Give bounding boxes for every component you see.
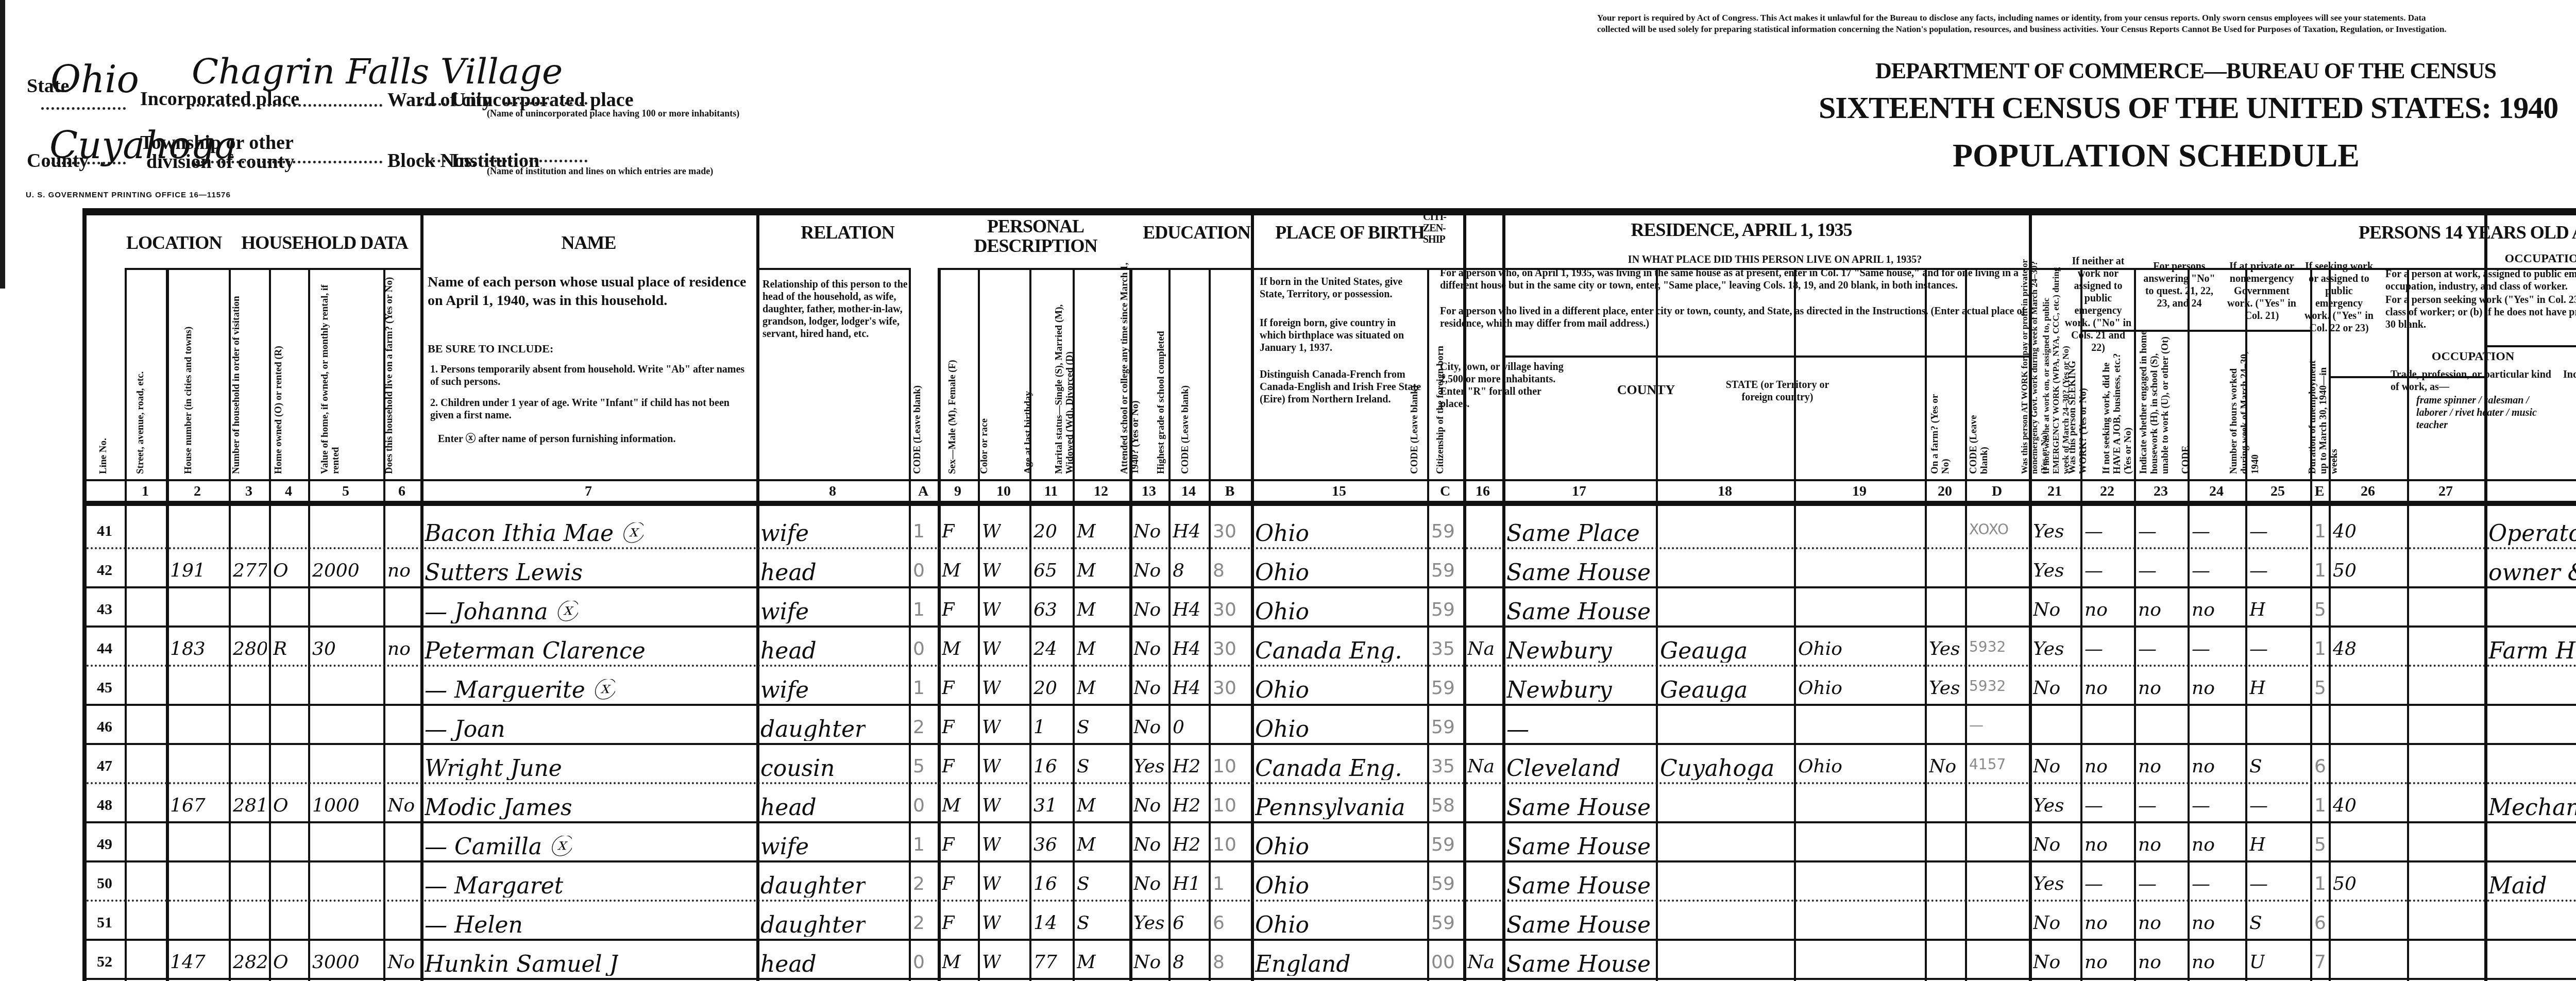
cell-name[interactable]: — Helen	[425, 914, 523, 937]
cell-res-state[interactable]: Ohio	[1798, 679, 1842, 698]
cell-sex[interactable]: M	[942, 640, 961, 658]
cell-grade[interactable]: 0	[1173, 718, 1184, 737]
cell-birthplace[interactable]: Ohio	[1255, 718, 1309, 741]
cell-age[interactable]: 36	[1033, 836, 1057, 854]
cell-occupation[interactable]: Operator	[2488, 522, 2576, 545]
cell-c25[interactable]: —	[2249, 640, 2268, 658]
cell-code-b[interactable]: 30	[1213, 522, 1236, 541]
cell-color[interactable]: W	[982, 836, 1001, 854]
cell-res-city[interactable]: Newbury	[1506, 640, 1612, 663]
cell-code-c[interactable]: 59	[1431, 562, 1455, 580]
vh-col-26: Number of hours worked during week of Ma…	[2228, 350, 2261, 474]
cell-house-no[interactable]: 147	[170, 953, 206, 972]
cell-c24[interactable]: —	[2192, 562, 2210, 580]
line-number: 48	[87, 797, 123, 814]
cell-code-e[interactable]: 7	[2314, 953, 2326, 972]
cell-c26[interactable]: 48	[2333, 640, 2357, 658]
cell-occupation[interactable]: Farm Hand	[2488, 640, 2576, 663]
cell-color[interactable]: W	[982, 914, 1001, 933]
cell-citizenship[interactable]: Na	[1467, 953, 1495, 972]
cell-occupation[interactable]: Maid	[2488, 875, 2547, 898]
cell-grade[interactable]: H2	[1173, 836, 1200, 854]
cell-code-b[interactable]: 30	[1213, 640, 1236, 658]
cell-c23[interactable]: —	[2138, 562, 2157, 580]
column-divider	[1251, 215, 1254, 981]
cell-color[interactable]: W	[982, 875, 1001, 893]
cell-res-county[interactable]: Geauga	[1660, 640, 1748, 663]
group-relation: RELATION	[760, 222, 935, 243]
cell-code-a[interactable]: 0	[913, 640, 925, 658]
cell-c23[interactable]: —	[2138, 875, 2157, 893]
cell-c25[interactable]: —	[2249, 875, 2268, 893]
cell-name[interactable]: — Marguerite ⓧ	[425, 679, 615, 702]
cell-sex[interactable]: F	[942, 875, 955, 893]
cell-c24[interactable]: no	[2192, 953, 2215, 972]
cell-c22[interactable]: no	[2084, 757, 2108, 776]
cell-res-city[interactable]: Same House	[1506, 836, 1651, 858]
cell-c21[interactable]: No	[2033, 601, 2060, 619]
cell-code-d[interactable]: 4157	[1969, 757, 2006, 772]
column-divider	[1925, 268, 1927, 981]
cell-on-farm[interactable]: Yes	[1929, 679, 1960, 698]
cell-res-city[interactable]: Cleveland	[1506, 757, 1620, 780]
cell-age[interactable]: 14	[1033, 914, 1057, 933]
cell-school[interactable]: Yes	[1133, 914, 1164, 933]
cell-color[interactable]: W	[982, 601, 1001, 619]
cell-value[interactable]: 30	[312, 640, 336, 658]
cell-code-b[interactable]: 10	[1213, 797, 1236, 815]
cell-grade[interactable]: H4	[1173, 640, 1200, 658]
cell-code-a[interactable]: 1	[913, 522, 925, 541]
cell-occupation[interactable]: owner & operator	[2488, 562, 2576, 584]
cell-res-city[interactable]: Same House	[1506, 914, 1651, 937]
cell-code-c[interactable]: 59	[1431, 875, 1455, 893]
cell-relation[interactable]: wife	[760, 601, 809, 623]
cell-code-a[interactable]: 2	[913, 875, 925, 893]
cell-household[interactable]: 281	[233, 797, 267, 815]
cell-c22[interactable]: —	[2084, 797, 2103, 815]
cell-code-e[interactable]: 1	[2314, 797, 2326, 815]
cell-code-a[interactable]: 0	[913, 797, 925, 815]
column-number: 15	[1251, 483, 1427, 504]
cell-c23[interactable]: no	[2138, 914, 2161, 933]
cell-code-e[interactable]: 5	[2314, 836, 2326, 854]
cell-res-city[interactable]: Same House	[1506, 562, 1651, 584]
cell-res-city[interactable]: Newbury	[1506, 679, 1612, 702]
cell-c25[interactable]: —	[2249, 522, 2268, 541]
cell-marital[interactable]: M	[1077, 797, 1096, 815]
cell-c25[interactable]: —	[2249, 562, 2268, 580]
column-number: 26	[2329, 483, 2407, 504]
schedule-title: POPULATION SCHEDULE	[1953, 137, 2360, 175]
cell-grade[interactable]: 8	[1173, 953, 1184, 972]
cell-relation[interactable]: head	[760, 562, 817, 584]
cell-birthplace[interactable]: Pennsylvania	[1255, 797, 1405, 819]
cell-marital[interactable]: S	[1077, 875, 1090, 893]
cell-age[interactable]: 63	[1033, 601, 1057, 619]
cell-marital[interactable]: M	[1077, 836, 1096, 854]
cell-relation[interactable]: daughter	[760, 718, 866, 741]
cell-code-b[interactable]: 8	[1213, 562, 1225, 580]
cell-code-a[interactable]: 1	[913, 836, 925, 854]
cell-sex[interactable]: F	[942, 601, 955, 619]
cell-res-city[interactable]: Same House	[1506, 601, 1651, 623]
cell-sex[interactable]: M	[942, 953, 961, 972]
cell-res-county[interactable]: Geauga	[1660, 679, 1748, 702]
cell-res-city[interactable]: Same Place	[1506, 522, 1640, 545]
cell-code-b[interactable]: 6	[1213, 914, 1225, 933]
cell-household[interactable]: 280	[233, 640, 267, 658]
cell-code-b[interactable]: 30	[1213, 601, 1236, 619]
cell-c23[interactable]: —	[2138, 797, 2157, 815]
cell-code-a[interactable]: 1	[913, 601, 925, 619]
cell-color[interactable]: W	[982, 953, 1001, 972]
cell-code-c[interactable]: 00	[1431, 953, 1455, 972]
cell-name[interactable]: — Camilla ⓧ	[425, 836, 572, 858]
cell-code-e[interactable]: 1	[2314, 875, 2326, 893]
cell-sex[interactable]: F	[942, 718, 955, 737]
cell-code-b[interactable]: 30	[1213, 679, 1236, 698]
cell-relation[interactable]: wife	[760, 679, 809, 702]
cell-age[interactable]: 20	[1033, 679, 1057, 698]
cell-marital[interactable]: M	[1077, 679, 1096, 698]
cell-grade[interactable]: 6	[1173, 914, 1184, 933]
cell-c22[interactable]: no	[2084, 679, 2108, 698]
cell-res-city[interactable]: Same House	[1506, 875, 1651, 898]
cell-c26[interactable]: 50	[2333, 562, 2357, 580]
column-divider	[1502, 215, 1505, 981]
cell-birthplace[interactable]: England	[1255, 953, 1350, 976]
cell-sex[interactable]: F	[942, 914, 955, 933]
cell-c24[interactable]: no	[2192, 914, 2215, 933]
res-city-instruction: City, town, or village having 2,500 or m…	[1440, 361, 1571, 410]
cell-code-c[interactable]: 59	[1431, 914, 1455, 933]
cell-c23[interactable]: no	[2138, 601, 2161, 619]
column-number: 21	[2029, 483, 2080, 504]
cell-code-c[interactable]: 35	[1431, 640, 1455, 658]
cell-c24[interactable]: no	[2192, 601, 2215, 619]
cell-relation[interactable]: head	[760, 797, 817, 819]
cell-sex[interactable]: F	[942, 757, 955, 776]
cell-age[interactable]: 24	[1033, 640, 1057, 658]
cell-house-no[interactable]: 167	[170, 797, 206, 815]
cell-occupation[interactable]: Mechanic	[2488, 797, 2576, 819]
cell-c24[interactable]: —	[2192, 875, 2210, 893]
column-number: 5	[308, 483, 383, 504]
cell-farm[interactable]: no	[387, 640, 411, 658]
cell-owned[interactable]: O	[273, 797, 289, 815]
cell-c21[interactable]: No	[2033, 836, 2060, 854]
cell-c25[interactable]: S	[2249, 757, 2262, 776]
cell-household[interactable]: 282	[233, 953, 267, 972]
cell-value[interactable]: 3000	[312, 953, 360, 972]
cell-c24[interactable]: —	[2192, 522, 2210, 541]
cell-school[interactable]: No	[1133, 836, 1161, 854]
cell-code-d[interactable]: 5932	[1969, 640, 2006, 654]
cell-c21[interactable]: Yes	[2033, 640, 2064, 658]
cell-code-d[interactable]: —	[1969, 718, 1984, 733]
cell-c22[interactable]: no	[2084, 601, 2108, 619]
cell-relation[interactable]: daughter	[760, 875, 866, 898]
cell-relation[interactable]: head	[760, 640, 817, 663]
cell-birthplace[interactable]: Canada Eng.	[1255, 640, 1402, 663]
cell-age[interactable]: 20	[1033, 522, 1057, 541]
cell-school[interactable]: No	[1133, 522, 1161, 541]
cell-value[interactable]: 2000	[312, 562, 360, 580]
cell-c22[interactable]: no	[2084, 914, 2108, 933]
cell-school[interactable]: No	[1133, 679, 1161, 698]
cell-age[interactable]: 1	[1033, 718, 1045, 737]
cell-code-d[interactable]: XOXO	[1969, 522, 2009, 537]
cell-code-c[interactable]: 58	[1431, 797, 1455, 815]
cell-owned[interactable]: R	[273, 640, 287, 658]
cell-marital[interactable]: M	[1077, 522, 1096, 541]
cell-c25[interactable]: H	[2249, 601, 2265, 619]
cell-c24[interactable]: —	[2192, 797, 2210, 815]
cell-code-a[interactable]: 0	[913, 562, 925, 580]
cell-citizenship[interactable]: Na	[1467, 640, 1495, 658]
cell-c25[interactable]: U	[2249, 953, 2265, 972]
cell-c24[interactable]: no	[2192, 836, 2215, 854]
cell-code-e[interactable]: 6	[2314, 914, 2326, 933]
cell-age[interactable]: 31	[1033, 797, 1057, 815]
cell-c23[interactable]: no	[2138, 757, 2161, 776]
cell-household[interactable]: 277	[233, 562, 267, 580]
cell-color[interactable]: W	[982, 522, 1001, 541]
cell-c21[interactable]: Yes	[2033, 875, 2064, 893]
cell-marital[interactable]: M	[1077, 640, 1096, 658]
cell-birthplace[interactable]: Canada Eng.	[1255, 757, 1402, 780]
line-number: 45	[87, 679, 123, 697]
cell-c26[interactable]: 40	[2333, 522, 2357, 541]
cell-relation[interactable]: wife	[760, 836, 809, 858]
cell-school[interactable]: No	[1133, 953, 1161, 972]
cell-code-a[interactable]: 1	[913, 679, 925, 698]
cell-owned[interactable]: O	[273, 953, 289, 972]
cell-school[interactable]: No	[1133, 718, 1161, 737]
cell-c23[interactable]: —	[2138, 640, 2157, 658]
cell-marital[interactable]: S	[1077, 757, 1090, 776]
cell-marital[interactable]: S	[1077, 914, 1090, 933]
cell-grade[interactable]: H2	[1173, 757, 1200, 776]
cell-house-no[interactable]: 191	[170, 562, 206, 580]
cell-code-e[interactable]: 1	[2314, 522, 2326, 541]
cell-res-county[interactable]: Cuyahoga	[1660, 757, 1774, 780]
cell-grade[interactable]: 8	[1173, 562, 1184, 580]
cell-farm[interactable]: No	[387, 797, 415, 815]
cell-color[interactable]: W	[982, 797, 1001, 815]
cell-code-b[interactable]: 8	[1213, 953, 1225, 972]
cell-c22[interactable]: —	[2084, 522, 2103, 541]
cell-code-a[interactable]: 5	[913, 757, 925, 776]
block-line[interactable]	[416, 160, 446, 162]
cell-school[interactable]: No	[1133, 562, 1161, 580]
cell-c24[interactable]: no	[2192, 679, 2215, 698]
cell-code-b[interactable]: 10	[1213, 836, 1236, 854]
cell-school[interactable]: No	[1133, 875, 1161, 893]
vh-col-22: If not, was he at work on, or assigned t…	[2041, 247, 2071, 474]
line-number: 41	[87, 522, 123, 540]
cell-birthplace[interactable]: Ohio	[1255, 875, 1309, 898]
cell-name[interactable]: Modic James	[425, 797, 572, 819]
cell-sex[interactable]: F	[942, 836, 955, 854]
cell-grade[interactable]: H4	[1173, 601, 1200, 619]
residence-instruction-1: For a person who, on April 1, 1935, was …	[1440, 267, 2043, 292]
cell-c24[interactable]: no	[2192, 757, 2215, 776]
cell-c21[interactable]: No	[2033, 914, 2060, 933]
cell-c21[interactable]: Yes	[2033, 797, 2064, 815]
cell-house-no[interactable]: 183	[170, 640, 206, 658]
cell-res-state[interactable]: Ohio	[1798, 757, 1842, 776]
cell-res-city[interactable]: Same House	[1506, 797, 1651, 819]
cell-on-farm[interactable]: No	[1929, 757, 1956, 776]
cell-relation[interactable]: cousin	[760, 757, 835, 780]
cell-birthplace[interactable]: Ohio	[1255, 914, 1309, 937]
cell-marital[interactable]: M	[1077, 953, 1096, 972]
cell-birthplace[interactable]: Ohio	[1255, 679, 1309, 702]
cell-sex[interactable]: F	[942, 522, 955, 541]
printing-office: U. S. GOVERNMENT PRINTING OFFICE 16—1157…	[26, 191, 231, 199]
cell-color[interactable]: W	[982, 640, 1001, 658]
cell-code-c[interactable]: 59	[1431, 718, 1455, 737]
cell-code-c[interactable]: 35	[1431, 757, 1455, 776]
cell-name[interactable]: Sutters Lewis	[425, 562, 583, 584]
cell-c21[interactable]: No	[2033, 757, 2060, 776]
cell-code-a[interactable]: 0	[913, 953, 925, 972]
cell-relation[interactable]: wife	[760, 522, 809, 545]
vh-color: Color or race	[979, 299, 990, 474]
cell-c26[interactable]: 40	[2333, 797, 2357, 815]
cell-age[interactable]: 16	[1033, 757, 1057, 776]
cell-birthplace[interactable]: Ohio	[1255, 836, 1309, 858]
cell-code-e[interactable]: 1	[2314, 562, 2326, 580]
township-line[interactable]	[196, 161, 382, 163]
cell-birthplace[interactable]: Ohio	[1255, 601, 1309, 623]
cell-code-d[interactable]: 5932	[1969, 679, 2006, 694]
cell-age[interactable]: 16	[1033, 875, 1057, 893]
column-number: 20	[1925, 483, 1965, 504]
cell-code-a[interactable]: 2	[913, 718, 925, 737]
cell-c22[interactable]: —	[2084, 875, 2103, 893]
cell-grade[interactable]: H2	[1173, 797, 1200, 815]
column-divider	[938, 268, 941, 981]
cell-code-e[interactable]: 5	[2314, 601, 2326, 619]
state-value[interactable]: Ohio	[50, 58, 139, 101]
cell-school[interactable]: No	[1133, 797, 1161, 815]
cell-birthplace[interactable]: Ohio	[1255, 522, 1309, 545]
cell-code-c[interactable]: 59	[1431, 522, 1455, 541]
cell-c21[interactable]: Yes	[2033, 522, 2064, 541]
cell-code-c[interactable]: 59	[1431, 836, 1455, 854]
cell-code-a[interactable]: 2	[913, 914, 925, 933]
cell-on-farm[interactable]: Yes	[1929, 640, 1960, 658]
cell-c23[interactable]: no	[2138, 679, 2161, 698]
cell-c23[interactable]: —	[2138, 522, 2157, 541]
cell-owned[interactable]: O	[273, 562, 289, 580]
cell-marital[interactable]: S	[1077, 718, 1090, 737]
cell-c22[interactable]: no	[2084, 953, 2108, 972]
cell-code-e[interactable]: 1	[2314, 640, 2326, 658]
cell-grade[interactable]: H4	[1173, 679, 1200, 698]
cell-c26[interactable]: 50	[2333, 875, 2357, 893]
cell-code-e[interactable]: 5	[2314, 679, 2326, 698]
cell-res-city[interactable]: —	[1506, 718, 1529, 741]
cell-code-e[interactable]: 6	[2314, 757, 2326, 776]
cell-school[interactable]: No	[1133, 640, 1161, 658]
ward-line[interactable]	[420, 103, 446, 106]
cell-farm[interactable]: no	[387, 562, 411, 580]
cell-code-c[interactable]: 59	[1431, 679, 1455, 698]
cell-age[interactable]: 77	[1033, 953, 1057, 972]
cell-c25[interactable]: H	[2249, 679, 2265, 698]
cell-c21[interactable]: No	[2033, 679, 2060, 698]
cell-code-b[interactable]: 1	[1213, 875, 1225, 893]
cell-name[interactable]: — Johanna ⓧ	[425, 601, 578, 623]
cell-citizenship[interactable]: Na	[1467, 757, 1495, 776]
cell-name[interactable]: Hunkin Samuel J	[425, 953, 618, 976]
cell-c23[interactable]: no	[2138, 953, 2161, 972]
cell-c21[interactable]: Yes	[2033, 562, 2064, 580]
cell-code-c[interactable]: 59	[1431, 601, 1455, 619]
cell-c21[interactable]: No	[2033, 953, 2060, 972]
cell-grade[interactable]: H1	[1173, 875, 1200, 893]
cell-name[interactable]: Peterman Clarence	[425, 640, 646, 663]
cell-c25[interactable]: S	[2249, 914, 2262, 933]
cell-school[interactable]: Yes	[1133, 757, 1164, 776]
cell-c25[interactable]: H	[2249, 836, 2265, 854]
cell-color[interactable]: W	[982, 718, 1001, 737]
cell-c22[interactable]: —	[2084, 640, 2103, 658]
cell-school[interactable]: No	[1133, 601, 1161, 619]
cell-relation[interactable]: head	[760, 953, 817, 976]
cell-c22[interactable]: no	[2084, 836, 2108, 854]
cell-color[interactable]: W	[982, 562, 1001, 580]
cell-sex[interactable]: M	[942, 562, 961, 580]
cell-res-city[interactable]: Same House	[1506, 953, 1651, 976]
cell-c23[interactable]: no	[2138, 836, 2161, 854]
row-divider	[87, 743, 2576, 745]
cell-grade[interactable]: H4	[1173, 522, 1200, 541]
unincorporated-line[interactable]	[505, 102, 587, 105]
cell-sex[interactable]: M	[942, 797, 961, 815]
cell-c24[interactable]: —	[2192, 640, 2210, 658]
incorporated-value[interactable]: Chagrin Falls Village	[192, 52, 563, 92]
line-number: 47	[87, 757, 123, 775]
cell-res-state[interactable]: Ohio	[1798, 640, 1842, 658]
cell-name[interactable]: — Joan	[425, 718, 505, 741]
cell-marital[interactable]: M	[1077, 562, 1096, 580]
cell-value[interactable]: 1000	[312, 797, 360, 815]
cell-age[interactable]: 65	[1033, 562, 1057, 580]
cell-birthplace[interactable]: Ohio	[1255, 562, 1309, 584]
institution-line[interactable]	[479, 160, 587, 162]
cell-name[interactable]: Bacon Ithia Mae ⓧ	[425, 522, 643, 545]
cell-name[interactable]: — Margaret	[425, 875, 563, 898]
cell-farm[interactable]: No	[387, 953, 415, 972]
column-number: 7	[420, 483, 756, 504]
column-number: 8	[756, 483, 909, 504]
cell-c22[interactable]: —	[2084, 562, 2103, 580]
cell-sex[interactable]: F	[942, 679, 955, 698]
cell-name[interactable]: Wright June	[425, 757, 562, 780]
cell-color[interactable]: W	[982, 757, 1001, 776]
cell-color[interactable]: W	[982, 679, 1001, 698]
census-title: SIXTEENTH CENSUS OF THE UNITED STATES: 1…	[1819, 90, 2558, 126]
cell-marital[interactable]: M	[1077, 601, 1096, 619]
cell-relation[interactable]: daughter	[760, 914, 866, 937]
cell-code-b[interactable]: 10	[1213, 757, 1236, 776]
cell-c25[interactable]: —	[2249, 797, 2268, 815]
